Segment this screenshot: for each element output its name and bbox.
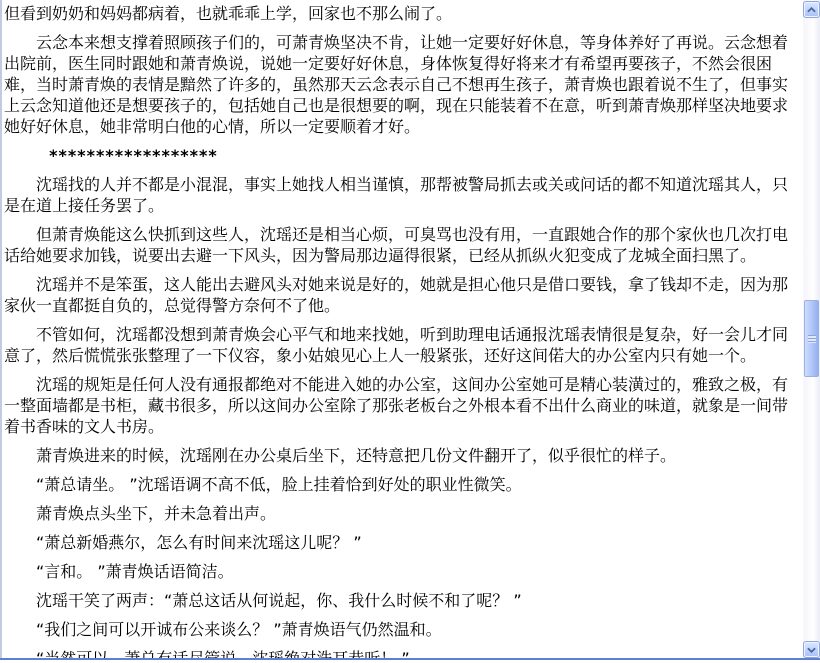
dialog-line: “我们之间可以开诚布公来谈么？ ”萧青焕语气仍然温和。: [4, 619, 799, 640]
scroll-up-button[interactable]: [803, 1, 820, 18]
novel-paragraph: 不管如何，沈瑶都没想到萧青焕会心平气和地来找她，听到助理电话通报沈瑶表情很是复杂…: [4, 324, 799, 366]
novel-paragraph: 但看到奶奶和妈妈都病着，也就乖乖上学，回家也不那么闹了。: [4, 3, 799, 24]
vertical-scrollbar[interactable]: [803, 0, 820, 658]
dialog-line: 萧青焕点头坐下，并未急着出声。: [4, 503, 799, 524]
window-bottom-border: [0, 658, 820, 660]
novel-content-frame: 但看到奶奶和妈妈都病着，也就乖乖上学，回家也不那么闹了。 云念本来想支撑着照顾孩…: [0, 0, 803, 658]
novel-paragraph: 萧青焕进来的时候，沈瑶刚在办公桌后坐下，还特意把几份文件翻开了，似乎很忙的样子。: [4, 445, 799, 466]
dialog-line: “萧总新婚燕尔，怎么有时间来沈瑶这儿呢？ ”: [4, 532, 799, 553]
dialog-line: 沈瑶干笑了两声：“萧总这话从何说起，你、我什么时候不和了呢？ ”: [4, 590, 799, 611]
chevron-up-icon: [807, 7, 816, 13]
novel-paragraph: 但萧青焕能这么快抓到这些人，沈瑶还是相当心烦，可臭骂也没有用，一直跟她合作的那个…: [4, 224, 799, 266]
novel-paragraph: 沈瑶的规矩是任何人没有通报都绝对不能进入她的办公室，这间办公室她可是精心装潢过的…: [4, 374, 799, 437]
scene-separator-line: ******************: [4, 145, 799, 166]
scrollbar-thumb-grip: [808, 335, 816, 343]
novel-text-area: 但看到奶奶和妈妈都病着，也就乖乖上学，回家也不那么闹了。 云念本来想支撑着照顾孩…: [2, 0, 803, 658]
scroll-down-button[interactable]: [803, 641, 820, 658]
novel-paragraph: 沈瑶找的人并不都是小混混，事实上她找人相当谨慎，那帮被警局抓去或关或问话的都不知…: [4, 174, 799, 216]
novel-reader-window: 但看到奶奶和妈妈都病着，也就乖乖上学，回家也不那么闹了。 云念本来想支撑着照顾孩…: [0, 0, 820, 663]
scrollbar-track[interactable]: [803, 18, 820, 641]
dialog-line: “当然可以，萧总有话尽管说，沈瑶绝对洗耳恭听！ ”: [4, 648, 799, 658]
chevron-down-icon: [807, 647, 816, 653]
novel-paragraph: 沈瑶并不是笨蛋，这人能出去避风头对她来说是好的，她就是担心他只是借口要钱，拿了钱…: [4, 274, 799, 316]
novel-paragraph: 云念本来想支撑着照顾孩子们的，可萧青焕坚决不肯，让她一定要好好休息，等身体养好了…: [4, 32, 799, 137]
scrollbar-thumb[interactable]: [804, 300, 819, 377]
dialog-line: “萧总请坐。 ”沈瑶语调不高不低，脸上挂着恰到好处的职业性微笑。: [4, 474, 799, 495]
dialog-line: “言和。 ”萧青焕话语简洁。: [4, 561, 799, 582]
